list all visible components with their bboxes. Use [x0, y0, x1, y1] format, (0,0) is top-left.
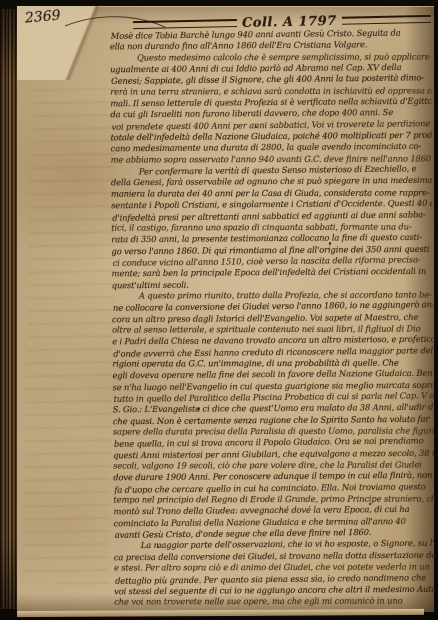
folio-number: 2369 [24, 7, 61, 26]
manuscript-line: che voi non troverete nelle sue opere, m… [114, 596, 435, 608]
header-rule-right [342, 15, 431, 25]
manuscript-line: secoli, valgono 19 secoli, ciò che pare … [113, 459, 434, 471]
header-rule-left [133, 19, 237, 29]
manuscript-line: oltre al senso letterale, e spirituale c… [112, 323, 433, 335]
manuscript-line: rerà in una terra straniera, e schiava s… [110, 85, 431, 97]
manuscript-line: maniera la durata dei 40 anni per la Cas… [111, 187, 432, 199]
manuscript-photo: 2369 Coll. A 1797 Mosè dice Tobia Barchè… [0, 0, 438, 620]
manuscript-line: tempo nel principio del Regno di Erode i… [113, 494, 434, 506]
manuscript-line: rigioni operata da G.C. un'immagine, di … [112, 357, 433, 369]
manuscript-line: tici, il castigo, faranno uno spazio di … [111, 221, 432, 233]
manuscript-page: 2369 Coll. A 1797 Mosè dice Tobia Barchè… [17, 6, 434, 612]
bottom-page-edge [17, 609, 424, 617]
text-block: Mosè dice Tobia Barchè lungo 940 anni av… [110, 28, 436, 609]
ink-bleed-through [23, 83, 118, 584]
manuscript-line: Questo medesimo calcolo che è sempre sem… [110, 51, 431, 63]
